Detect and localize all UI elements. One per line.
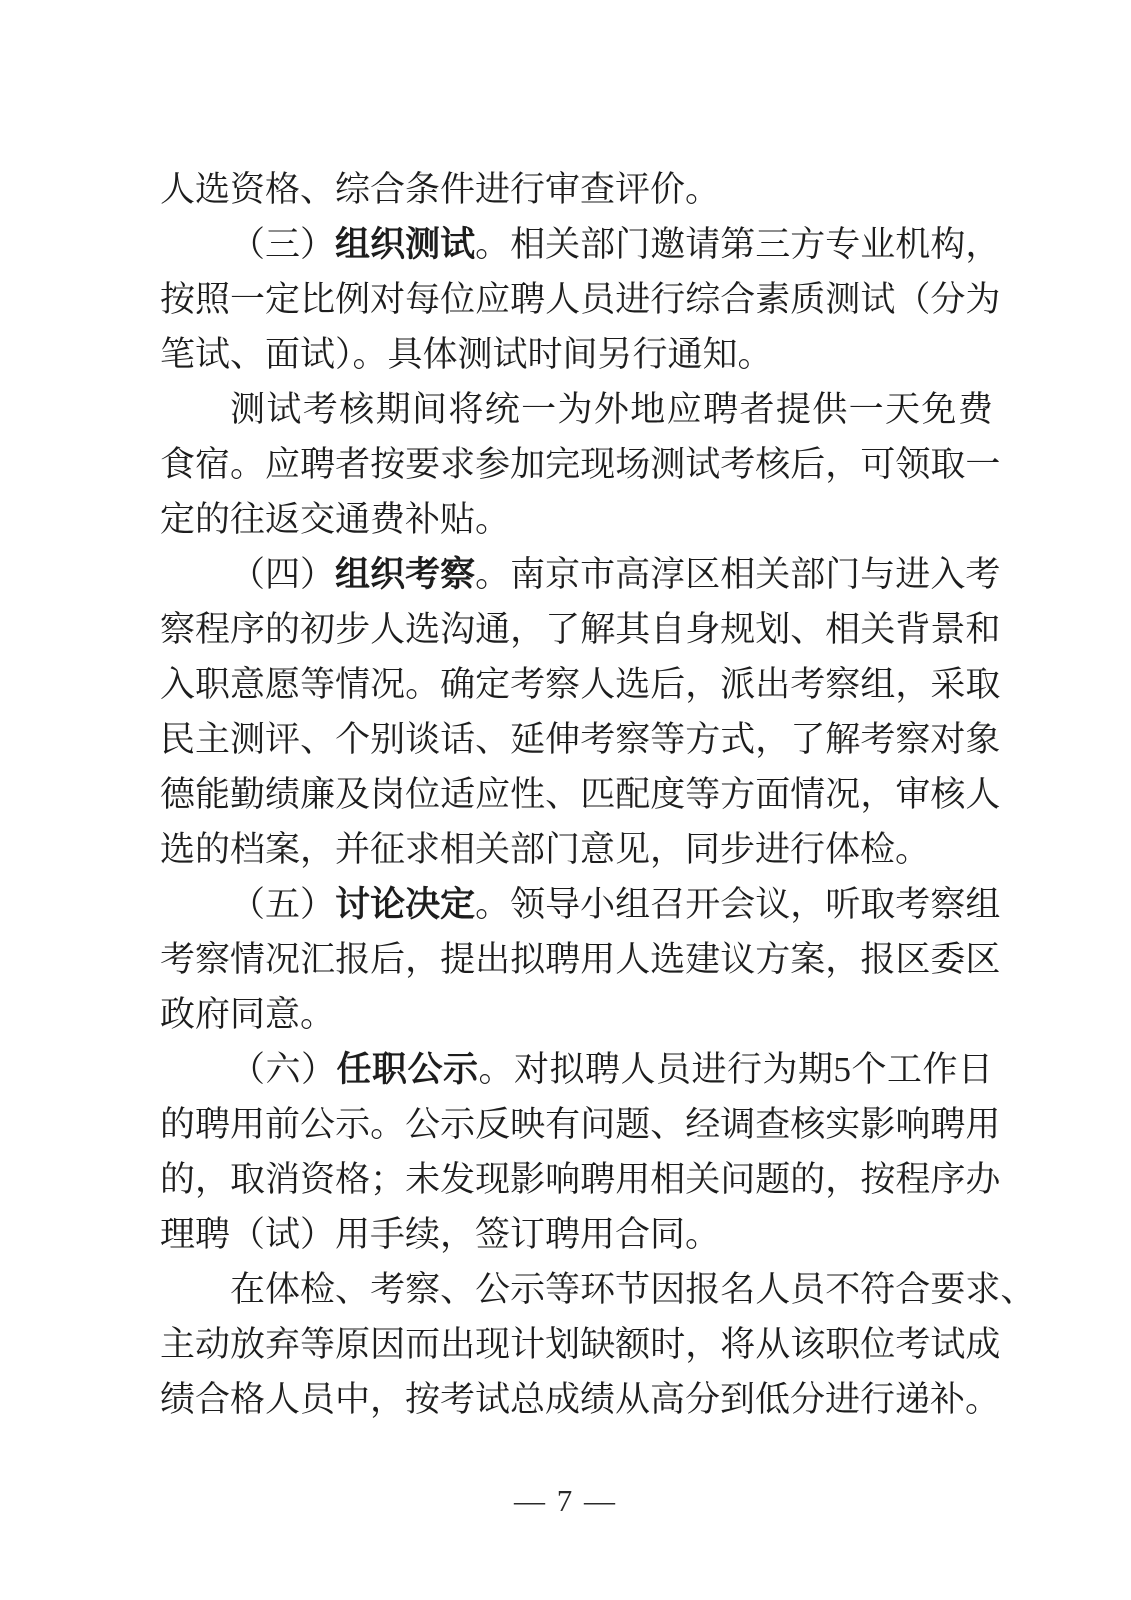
body-char: 察 <box>930 877 965 932</box>
body-char: 高 <box>615 547 650 602</box>
body-char: 示 <box>440 1097 475 1152</box>
body-char: 考 <box>370 1262 405 1317</box>
body-char: 聘 <box>580 1152 615 1207</box>
body-char: 人 <box>545 272 580 327</box>
heading-char: 试 <box>440 217 475 272</box>
body-segment: 政府同意。 <box>160 995 335 1034</box>
body-char: 邀 <box>650 217 685 272</box>
body-char: 考 <box>303 382 338 437</box>
body-char: 意 <box>230 657 265 712</box>
body-char: 将 <box>720 1317 755 1372</box>
body-char: 其 <box>615 602 650 657</box>
body-char: 业 <box>860 217 895 272</box>
body-char: （ <box>230 547 265 602</box>
body-char: 拟 <box>550 1042 585 1097</box>
body-char: 示 <box>510 1262 545 1317</box>
body-char: 区 <box>965 932 1000 987</box>
text-line: 德能勤绩廉及岗位适应性、匹配度等方面情况，审核人 <box>160 767 993 822</box>
body-char: 成 <box>965 1317 1000 1372</box>
body-char: 应 <box>265 437 300 492</box>
body-char: 请 <box>685 217 720 272</box>
body-char: 、 <box>650 1097 685 1152</box>
body-char: 核 <box>930 767 965 822</box>
body-char: 人 <box>755 1262 790 1317</box>
body-char: 划 <box>545 1317 580 1372</box>
body-char: 比 <box>300 272 335 327</box>
body-char: 动 <box>195 1317 230 1372</box>
body-char: 个 <box>335 712 370 767</box>
body-char: 伸 <box>545 712 580 767</box>
body-char: 测 <box>825 272 860 327</box>
body-char: 评 <box>265 712 300 767</box>
body-char: 因 <box>370 1317 405 1372</box>
body-char: 时 <box>650 1317 685 1372</box>
text-line: 在体检、考察、公示等环节因报名人员不符合要求、 <box>160 1262 993 1317</box>
body-char: 门 <box>615 217 650 272</box>
body-char: 部 <box>790 547 825 602</box>
body-char: 入 <box>160 657 195 712</box>
body-char: 宿 <box>195 437 230 492</box>
body-char: 等 <box>650 712 685 767</box>
body-char: ， <box>195 1152 230 1207</box>
body-char: 资 <box>300 1152 335 1207</box>
body-char: 沟 <box>440 602 475 657</box>
body-char: 领 <box>510 877 545 932</box>
body-char: 会 <box>720 877 755 932</box>
body-char: 发 <box>440 1152 475 1207</box>
body-char: ， <box>965 217 1000 272</box>
body-char: 愿 <box>265 657 300 712</box>
body-char: 开 <box>685 877 720 932</box>
body-char: 计 <box>510 1317 545 1372</box>
body-char: 区 <box>895 932 930 987</box>
body-char: 人 <box>370 602 405 657</box>
body-char: 组 <box>860 657 895 712</box>
body-char: 天 <box>885 382 920 437</box>
body-char: 测 <box>230 712 265 767</box>
body-segment: 绩合格人员中，按考试总成绩从高分到低分进行递补。 <box>160 1380 1000 1419</box>
body-char: 六 <box>266 1042 301 1097</box>
body-char: 序 <box>930 1152 965 1207</box>
body-char: 查 <box>755 1097 790 1152</box>
body-char: 话 <box>440 712 475 767</box>
body-char: 选 <box>615 657 650 712</box>
body-char: 者 <box>335 437 370 492</box>
body-char: 用 <box>615 1152 650 1207</box>
body-char: 消 <box>265 1152 300 1207</box>
body-char: 用 <box>965 1097 1000 1152</box>
body-char: 取 <box>965 657 1000 712</box>
body-char: 位 <box>405 767 440 822</box>
page-footer: — 7 — <box>0 1478 1131 1523</box>
body-char: 工 <box>887 1042 922 1097</box>
body-char: 缺 <box>580 1317 615 1372</box>
heading-char: 组 <box>335 217 370 272</box>
body-char: 按 <box>160 272 195 327</box>
body-char: 前 <box>265 1097 300 1152</box>
body-char: 审 <box>895 767 930 822</box>
body-char: 场 <box>615 437 650 492</box>
body-char: 察 <box>160 602 195 657</box>
body-char: 试 <box>930 1317 965 1372</box>
body-char: 考 <box>790 657 825 712</box>
body-char: 岗 <box>370 767 405 822</box>
body-char: 情 <box>230 932 265 987</box>
body-char: 统 <box>485 382 520 437</box>
body-char: 弃 <box>265 1317 300 1372</box>
body-char: 报 <box>685 1262 720 1317</box>
body-char: 公 <box>300 1097 335 1152</box>
body-char: 面 <box>755 767 790 822</box>
body-char: 对 <box>514 1042 549 1097</box>
body-char: 用 <box>230 1097 265 1152</box>
body-char: ） <box>300 217 335 272</box>
body-char: 方 <box>790 217 825 272</box>
heading-char: 组 <box>335 547 370 602</box>
body-char: 日 <box>958 1042 993 1097</box>
body-char: 领 <box>895 437 930 492</box>
body-char: 检 <box>300 1262 335 1317</box>
body-char: 方 <box>720 767 755 822</box>
body-char: 民 <box>160 712 195 767</box>
body-char: 谈 <box>405 712 440 767</box>
body-char: 环 <box>580 1262 615 1317</box>
body-char: 采 <box>930 657 965 712</box>
body-char: 考 <box>895 877 930 932</box>
body-char: 现 <box>580 437 615 492</box>
body-char: 的 <box>790 1152 825 1207</box>
body-char: 供 <box>812 382 847 437</box>
body-char: 建 <box>685 932 720 987</box>
body-char: 派 <box>720 657 755 712</box>
body-char: 人 <box>621 1042 656 1097</box>
body-char: 考 <box>580 712 615 767</box>
body-char: 提 <box>776 382 811 437</box>
body-char: 定 <box>265 272 300 327</box>
body-char: 案 <box>790 932 825 987</box>
body-char: 期 <box>376 382 411 437</box>
body-char: ， <box>405 932 440 987</box>
body-char: 适 <box>440 767 475 822</box>
body-char: 符 <box>860 1262 895 1317</box>
text-line: 的聘用前公示。公示反映有问题、经调查核实影响聘用 <box>160 1097 993 1152</box>
body-char: 景 <box>930 602 965 657</box>
body-char: 职 <box>825 1317 860 1372</box>
body-char: 导 <box>545 877 580 932</box>
body-char: 核 <box>790 1097 825 1152</box>
body-char: 关 <box>545 217 580 272</box>
body-char: 实 <box>825 1097 860 1152</box>
body-char: 匹 <box>580 767 615 822</box>
text-line: 入职意愿等情况。确定考察人选后，派出考察组，采取 <box>160 657 993 712</box>
body-char: 经 <box>685 1097 720 1152</box>
body-char: 核 <box>339 382 374 437</box>
body-char: 况 <box>265 932 300 987</box>
body-char: 期 <box>798 1042 833 1097</box>
body-char: 考 <box>160 932 195 987</box>
body-char: 格 <box>335 1152 370 1207</box>
heading-char: 论 <box>370 877 405 932</box>
body-char: 等 <box>300 1317 335 1372</box>
body-char: 。 <box>405 657 440 712</box>
body-char: 节 <box>615 1262 650 1317</box>
heading-char: 察 <box>440 547 475 602</box>
body-char: 人 <box>965 767 1000 822</box>
body-char: 初 <box>300 602 335 657</box>
body-char: 市 <box>580 547 615 602</box>
body-char: 廉 <box>300 767 335 822</box>
body-char: 的 <box>265 602 300 657</box>
body-char: 聘 <box>585 1042 620 1097</box>
body-char: 专 <box>825 217 860 272</box>
body-char: 关 <box>685 1152 720 1207</box>
body-char: 合 <box>895 1262 930 1317</box>
text-line: 的，取消资格；未发现影响聘用相关问题的，按程序办 <box>160 1152 993 1207</box>
body-char: 名 <box>720 1262 755 1317</box>
heading-char: 讨 <box>335 877 370 932</box>
body-char: 试 <box>685 437 720 492</box>
body-char: 反 <box>475 1097 510 1152</box>
text-line: 民主测评、个别谈话、延伸考察等方式，了解考察对象 <box>160 712 993 767</box>
body-char: 食 <box>160 437 195 492</box>
body-char: 影 <box>860 1097 895 1152</box>
body-char: 外 <box>594 382 629 437</box>
body-char: 出 <box>755 657 790 712</box>
body-char: 行 <box>727 1042 762 1097</box>
heading-char: 考 <box>405 547 440 602</box>
text-line: 定的往返交通费补贴。 <box>160 492 993 547</box>
body-char: 照 <box>195 272 230 327</box>
body-char: 行 <box>650 272 685 327</box>
heading-char: 测 <box>405 217 440 272</box>
body-char: 位 <box>860 1317 895 1372</box>
body-char: ， <box>685 657 720 712</box>
body-char: 度 <box>650 767 685 822</box>
body-char: ） <box>300 877 335 932</box>
body-char: 听 <box>825 877 860 932</box>
text-line: （六）任职公示。对拟聘人员进行为期5个工作日 <box>160 1042 993 1097</box>
body-char: 程 <box>195 602 230 657</box>
body-char: 用 <box>580 932 615 987</box>
body-char: 出 <box>475 932 510 987</box>
text-line: 考察情况汇报后，提出拟聘用人选建议方案，报区委区 <box>160 932 993 987</box>
body-char: 员 <box>580 272 615 327</box>
body-char: 式 <box>720 712 755 767</box>
body-char: 门 <box>825 547 860 602</box>
body-char: 取 <box>930 437 965 492</box>
body-char: 察 <box>195 932 230 987</box>
body-char: 三 <box>265 217 300 272</box>
body-char: 定 <box>475 657 510 712</box>
body-char: （ <box>895 272 930 327</box>
body-char: ） <box>301 1042 336 1097</box>
body-char: 组 <box>965 877 1000 932</box>
body-char: 况 <box>825 767 860 822</box>
body-char: 机 <box>895 217 930 272</box>
body-char: 解 <box>580 602 615 657</box>
body-char: 察 <box>545 657 580 712</box>
body-char: 聘 <box>300 437 335 492</box>
heading-char: 任 <box>337 1042 372 1097</box>
body-char: 的 <box>160 1152 195 1207</box>
body-char: 程 <box>895 1152 930 1207</box>
body-char: 质 <box>790 272 825 327</box>
body-char: 考 <box>895 1317 930 1372</box>
body-char: 问 <box>580 1097 615 1152</box>
body-char: 题 <box>615 1097 650 1152</box>
body-char: 放 <box>230 1317 265 1372</box>
heading-char: 示 <box>443 1042 478 1097</box>
body-char: 可 <box>860 437 895 492</box>
body-char: 区 <box>685 547 720 602</box>
body-char: 响 <box>895 1097 930 1152</box>
text-line: 笔试、面试）。具体测试时间另行通知。 <box>160 327 993 382</box>
body-char: 个 <box>851 1042 886 1097</box>
body-char: 考 <box>965 547 1000 602</box>
body-char: 公 <box>475 1262 510 1317</box>
body-char: 因 <box>650 1262 685 1317</box>
body-char: 关 <box>755 547 790 602</box>
body-char: 题 <box>755 1152 790 1207</box>
body-char: 等 <box>685 767 720 822</box>
body-char: （ <box>230 1042 265 1097</box>
body-char: 免 <box>921 382 956 437</box>
body-char: 委 <box>930 932 965 987</box>
body-char: 等 <box>300 657 335 712</box>
body-char: 测 <box>650 437 685 492</box>
body-char: ， <box>825 437 860 492</box>
body-char: 调 <box>720 1097 755 1152</box>
body-char: 绩 <box>265 767 300 822</box>
text-line: 食宿。应聘者按要求参加完现场测试考核后，可领取一 <box>160 437 993 492</box>
body-char: 。 <box>230 437 265 492</box>
body-char: 提 <box>440 932 475 987</box>
body-char: 公 <box>405 1097 440 1152</box>
text-line: （五）讨论决定。领导小组召开会议，听取考察组 <box>160 877 993 932</box>
body-char: 未 <box>405 1152 440 1207</box>
body-char: 入 <box>930 547 965 602</box>
body-char: 议 <box>720 932 755 987</box>
body-char: 情 <box>790 767 825 822</box>
body-char: 进 <box>615 272 650 327</box>
body-char: 试 <box>266 382 301 437</box>
body-char: ， <box>895 657 930 712</box>
body-char: 在 <box>230 1262 265 1317</box>
body-char: 察 <box>405 1262 440 1317</box>
page-number: — 7 — <box>514 1483 617 1518</box>
body-segment: 笔试、面试）。具体测试时间另行通知。 <box>160 335 773 374</box>
text-line: 主动放弃等原因而出现计划缺额时，将从该职位考试成 <box>160 1317 993 1372</box>
body-char: 方 <box>755 932 790 987</box>
body-char: 现 <box>475 1152 510 1207</box>
body-char: 情 <box>335 657 370 712</box>
body-char: 和 <box>965 602 1000 657</box>
body-char: 费 <box>958 382 993 437</box>
body-char: 员 <box>656 1042 691 1097</box>
body-char: 背 <box>895 602 930 657</box>
body-char: 勤 <box>230 767 265 822</box>
heading-char: 职 <box>372 1042 407 1097</box>
body-char: 京 <box>545 547 580 602</box>
body-char: 解 <box>825 712 860 767</box>
text-line: 按照一定比例对每位应聘人员进行综合素质测试（分为 <box>160 272 993 327</box>
body-char: 核 <box>755 437 790 492</box>
body-char: 划 <box>755 602 790 657</box>
body-char: 而 <box>405 1317 440 1372</box>
body-segment: 理聘（试）用手续，签订聘用合同。 <box>160 1215 720 1254</box>
body-char: ， <box>790 877 825 932</box>
body-char: 报 <box>335 932 370 987</box>
body-char: 加 <box>510 437 545 492</box>
body-char: 确 <box>440 657 475 712</box>
body-char: 方 <box>685 712 720 767</box>
body-char: 现 <box>475 1317 510 1372</box>
body-char: 聘 <box>510 272 545 327</box>
body-char: 间 <box>412 382 447 437</box>
body-char: （ <box>230 217 265 272</box>
body-char: 一 <box>521 382 556 437</box>
body-char: 示 <box>335 1097 370 1152</box>
text-line: （三）组织测试。相关部门邀请第三方专业机构， <box>160 217 993 272</box>
body-char: 象 <box>965 712 1000 767</box>
body-char: 综 <box>685 272 720 327</box>
body-char: ， <box>825 932 860 987</box>
body-char: ， <box>860 767 895 822</box>
body-char: 考 <box>860 712 895 767</box>
body-char: 求 <box>965 1262 1000 1317</box>
body-char: 要 <box>930 1262 965 1317</box>
body-char: 为 <box>558 382 593 437</box>
body-char: 延 <box>510 712 545 767</box>
body-char: 每 <box>405 272 440 327</box>
body-char: 对 <box>930 712 965 767</box>
body-char: 议 <box>755 877 790 932</box>
body-char: 五 <box>265 877 300 932</box>
body-char: 一 <box>849 382 884 437</box>
body-char: 、 <box>300 712 335 767</box>
heading-char: 公 <box>408 1042 443 1097</box>
body-char: 取 <box>860 877 895 932</box>
body-char: 职 <box>195 657 230 712</box>
body-char: 相 <box>720 547 755 602</box>
body-char: 、 <box>475 712 510 767</box>
body-char: 主 <box>195 712 230 767</box>
body-char: ； <box>370 1152 405 1207</box>
body-char: 察 <box>895 712 930 767</box>
body-char: 汇 <box>300 932 335 987</box>
body-char: 有 <box>545 1097 580 1152</box>
text-line: （四）组织考察。南京市高淳区相关部门与进入考 <box>160 547 993 602</box>
body-char: 。 <box>475 547 510 602</box>
body-char: 5 <box>834 1042 852 1097</box>
body-char: 配 <box>615 767 650 822</box>
text-line: 理聘（试）用手续，签订聘用合同。 <box>160 1207 993 1262</box>
body-char: 影 <box>510 1152 545 1207</box>
body-char: 规 <box>720 602 755 657</box>
body-char: ， <box>825 1152 860 1207</box>
body-char: 聘 <box>545 932 580 987</box>
body-char: 等 <box>545 1262 580 1317</box>
body-char: 位 <box>440 272 475 327</box>
body-char: 素 <box>755 272 790 327</box>
body-char: 要 <box>405 437 440 492</box>
body-char: 参 <box>475 437 510 492</box>
heading-char: 织 <box>370 217 405 272</box>
body-char: 后 <box>650 657 685 712</box>
body-char: 例 <box>335 272 370 327</box>
body-char: 考 <box>510 657 545 712</box>
body-char: 不 <box>825 1262 860 1317</box>
